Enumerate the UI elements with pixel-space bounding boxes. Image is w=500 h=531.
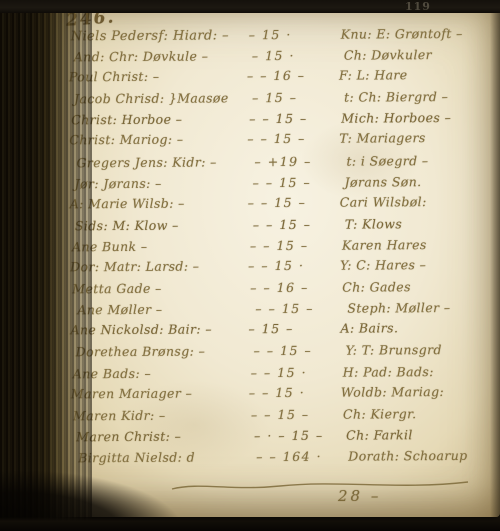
row-name: A: Marie Wilsb: – [70, 195, 248, 211]
row-name: Maren Christ: – [76, 428, 254, 444]
row-amount: – – 16 – [247, 68, 339, 84]
row-reference: Y: T: Brunsgrd [346, 342, 500, 358]
row-reference: Jørans Søn. [345, 173, 499, 189]
row-amount: – 15 · [249, 27, 341, 43]
row-name: And: Chr: Døvkule – [74, 48, 252, 64]
row-amount: – 15 – [252, 90, 344, 106]
row-name: Metta Gade – [72, 280, 250, 296]
row-reference: t: i Søegrd – [346, 152, 500, 168]
row-name: Christ: Horboe – [71, 112, 249, 128]
ledger-row: Maren Kidr: – – – 15 – Ch: Kiergr. [73, 405, 497, 429]
row-amount: – – 15 · [251, 364, 343, 380]
book-spine-shadow [0, 0, 92, 531]
row-amount: – – 15 · [249, 384, 341, 400]
row-name: Ane Nickolsd: Bair: – [70, 322, 248, 338]
row-name: Gregers Jens: Kidr: – [76, 154, 254, 170]
row-reference: T: Mariagers [339, 130, 493, 146]
row-reference: Ch: Døvkuler [344, 47, 498, 63]
ledger-row: Sids: M: Klow – – – 15 – T: Klows [75, 216, 499, 240]
row-name: Birgitta Nielsd: d [78, 449, 256, 465]
ledger-row: Maren Christ: – – · – 15 – Ch: Farkil [76, 426, 500, 450]
row-name: Niels Pedersf: Hiard: – [71, 28, 249, 44]
row-reference: Woldb: Mariag: [341, 383, 495, 399]
row-amount: – 15 · [252, 48, 344, 64]
ledger-rows: Niels Pedersf: Hiard: – – 15 · Knu: E: G… [71, 26, 498, 472]
row-reference: T: Klows [345, 216, 499, 232]
row-amount: – – 15 – [253, 174, 345, 190]
ledger-row: Niels Pedersf: Hiard: – – 15 · Knu: E: G… [71, 26, 495, 50]
row-reference: F: L: Hare [339, 67, 493, 83]
row-reference: t: Ch: Biergrd – [344, 89, 498, 105]
ledger-row: Poul Christ: – – – 16 – F: L: Hare [69, 67, 493, 91]
ledger-row: Christ: Mariog: – – – 15 – T: Mariagers [69, 130, 493, 154]
row-reference: Cari Wilsbøl: [340, 193, 494, 209]
row-name: Christ: Mariog: – [69, 132, 247, 148]
photo-top-edge: 119 [0, 0, 500, 13]
row-name: Ane Møller – [77, 301, 255, 317]
flourish-line [170, 478, 470, 497]
archive-stamp: 119 [405, 0, 431, 13]
row-amount: – – 15 – [250, 238, 342, 254]
ledger-row: Maren Mariager – – – 15 · Woldb: Mariag: [71, 383, 495, 407]
row-name: Poul Christ: – [69, 68, 247, 84]
row-reference: Ch: Farkil [346, 426, 500, 442]
row-reference: Ch: Kiergr. [343, 405, 497, 421]
row-amount: – · – 15 – [254, 427, 346, 443]
ledger-row: Dor: Matr: Larsd: – – – 15 · Y: C: Hares… [70, 257, 494, 281]
row-amount: – 15 – [248, 321, 340, 337]
row-reference: A: Bairs. [340, 320, 494, 336]
ledger-row: Gregers Jens: Kidr: – – +19 – t: i Søegr… [76, 152, 500, 176]
ledger-row: Ane Nickolsd: Bair: – – 15 – A: Bairs. [70, 320, 494, 344]
row-amount: – – 16 – [250, 280, 342, 296]
row-amount: – – 15 – [253, 216, 345, 232]
row-reference: Ch: Gades [342, 279, 496, 295]
row-reference: Knu: E: Grøntoft – [341, 26, 495, 42]
row-amount: – – 15 – [247, 131, 339, 147]
row-reference: Dorath: Schoarup [348, 448, 500, 464]
row-reference: Mich: Horboes – [341, 110, 495, 126]
row-amount: – – 15 – [251, 406, 343, 422]
row-name: Dorethea Brønsg: – [76, 344, 254, 360]
row-reference: H: Pad: Bads: [343, 363, 497, 379]
row-name: Ane Bunk – [72, 238, 250, 254]
photo-bottom-edge [0, 517, 500, 531]
ledger-row: Metta Gade – – – 16 – Ch: Gades [72, 279, 496, 303]
row-name: Maren Kidr: – [73, 407, 251, 423]
footer-total: 28 – [338, 487, 381, 505]
manuscript-scan: 246. Niels Pedersf: Hiard: – – 15 · Knu:… [0, 0, 500, 531]
row-name: Jacob Chrisd: }Maasøe [74, 90, 252, 106]
row-reference: Karen Hares [342, 237, 496, 253]
row-name: Dor: Matr: Larsd: – [70, 258, 248, 274]
ledger-row: Birgitta Nielsd: d – – 164 · Dorath: Sch… [78, 448, 500, 472]
ledger-row: Jacob Chrisd: }Maasøe – 15 – t: Ch: Bier… [74, 89, 498, 113]
row-name: Jør: Jørans: – [75, 175, 253, 191]
row-amount: – +19 – [254, 153, 346, 169]
row-name: Ane Bads: – [73, 365, 251, 381]
row-reference: Steph: Møller – [347, 300, 500, 316]
row-reference: Y: C: Hares – [340, 257, 494, 273]
page-right-edge-shadow [490, 0, 500, 531]
ledger-row: Dorethea Brønsg: – – – 15 – Y: T: Brunsg… [76, 342, 500, 366]
row-name: Sids: M: Klow – [75, 217, 253, 233]
ledger-row: A: Marie Wilsb: – – – 15 – Cari Wilsbøl: [70, 193, 494, 217]
row-amount: – – 15 – [254, 343, 346, 359]
row-amount: – – 15 – [255, 301, 347, 317]
row-amount: – – 15 · [248, 258, 340, 274]
row-amount: – – 15 – [249, 111, 341, 127]
row-name: Maren Mariager – [71, 385, 249, 401]
row-amount: – – 15 – [248, 194, 340, 210]
row-amount: – – 164 · [256, 448, 348, 464]
